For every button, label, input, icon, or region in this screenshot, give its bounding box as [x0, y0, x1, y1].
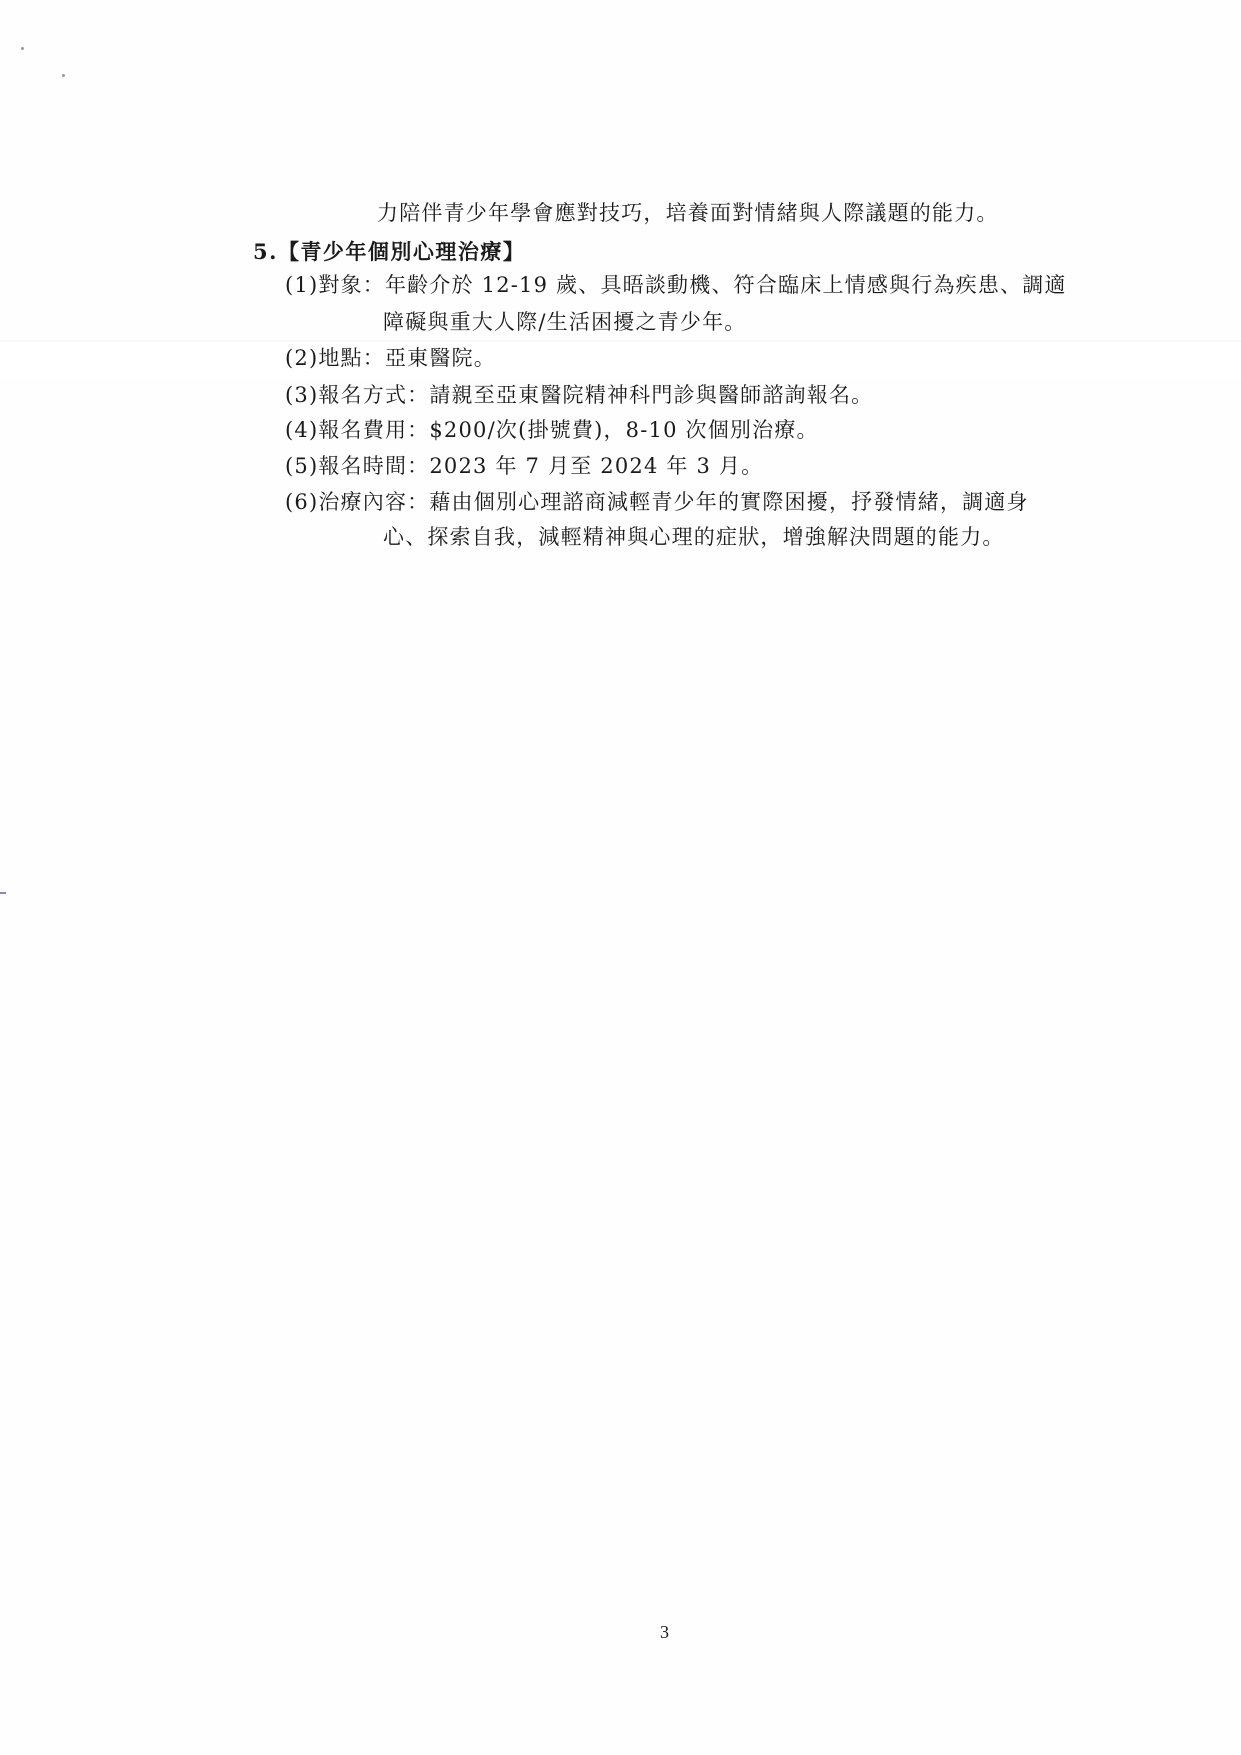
section-heading: 5.【青少年個別心理治療】 — [253, 237, 525, 267]
scan-artifact-band — [0, 340, 1241, 380]
scan-speck — [21, 47, 24, 50]
item-text: 請親至亞東醫院精神科門診與醫師諮詢報名。 — [429, 383, 873, 407]
item-label: (2)地點： — [285, 346, 385, 370]
item-label: (3)報名方式： — [285, 383, 429, 407]
item-text: 亞東醫院。 — [385, 346, 496, 370]
item-text: $200/次(掛號費)，8-10 次個別治療。 — [429, 418, 818, 442]
scan-edge-mark — [0, 892, 6, 894]
item-label: (5)報名時間： — [285, 454, 429, 478]
list-item-treatment-content-continuation: 心、探索自我，減輕精神與心理的症狀，增強解決問題的能力。 — [383, 522, 1005, 552]
scan-speck — [62, 74, 65, 77]
page-number: 3 — [660, 1622, 669, 1643]
item-label: (1)對象： — [285, 273, 385, 297]
section-title: 【青少年個別心理治療】 — [278, 239, 526, 264]
continuation-line: 力陪伴青少年學會應對技巧，培養面對情緒與人際議題的能力。 — [377, 198, 999, 228]
item-text: 年齡介於 12-19 歲、具晤談動機、符合臨床上情感與行為疾患、調適 — [385, 273, 1067, 297]
list-item-registration-period: (5)報名時間：2023 年 7 月至 2024 年 3 月。 — [285, 451, 763, 481]
item-text: 2023 年 7 月至 2024 年 3 月。 — [429, 454, 763, 478]
list-item-treatment-content: (6)治療內容：藉由個別心理諮商減輕青少年的實際困擾，抒發情緒，調適身 — [285, 487, 1029, 517]
list-item-location: (2)地點：亞東醫院。 — [285, 343, 496, 373]
item-label: (6)治療內容： — [285, 490, 429, 514]
list-item-target-continuation: 障礙與重大人際/生活困擾之青少年。 — [383, 307, 746, 337]
item-text: 藉由個別心理諮商減輕青少年的實際困擾，抒發情緒，調適身 — [429, 490, 1028, 514]
document-page: 力陪伴青少年學會應對技巧，培養面對情緒與人際議題的能力。 5.【青少年個別心理治… — [0, 0, 1241, 1755]
list-item-registration-method: (3)報名方式：請親至亞東醫院精神科門診與醫師諮詢報名。 — [285, 380, 873, 410]
list-item-target: (1)對象：年齡介於 12-19 歲、具晤談動機、符合臨床上情感與行為疾患、調適 — [285, 270, 1067, 300]
list-item-registration-fee: (4)報名費用：$200/次(掛號費)，8-10 次個別治療。 — [285, 415, 819, 445]
section-number: 5. — [253, 239, 278, 264]
item-label: (4)報名費用： — [285, 418, 429, 442]
